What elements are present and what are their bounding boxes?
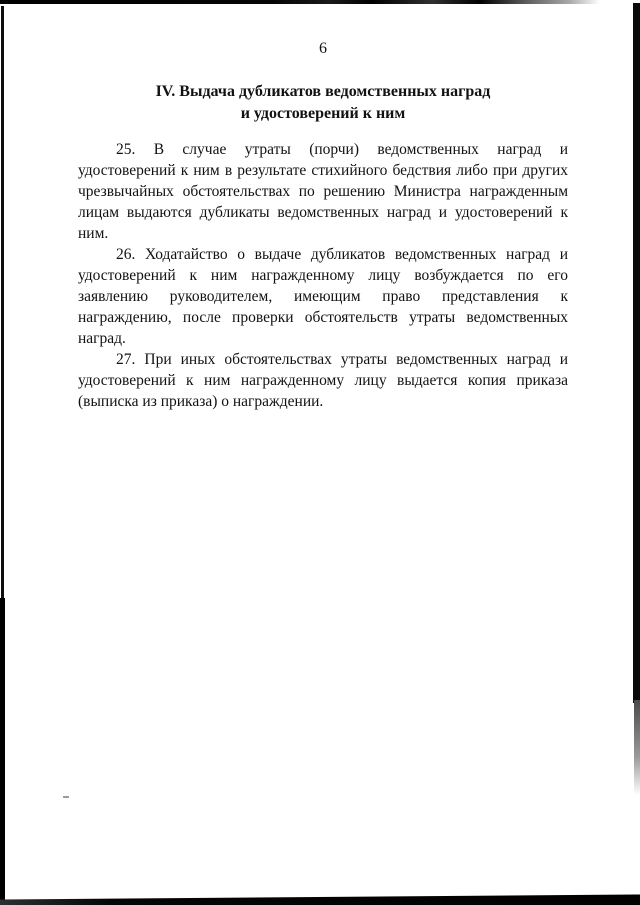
section-heading-line-2: и удостоверений к ним: [78, 103, 568, 125]
section-heading-line-1: IV. Выдача дубликатов ведомственных нагр…: [78, 81, 568, 103]
scan-edge-top: [0, 0, 600, 4]
scan-edge-bottom: [0, 894, 640, 905]
paragraph-27: 27. При иных обстоятельствах утраты ведо…: [78, 349, 568, 412]
paragraph-25: 25. В случае утраты (порчи) ведомственны…: [78, 139, 568, 244]
scan-edge-right: [633, 3, 640, 703]
section-heading: IV. Выдача дубликатов ведомственных нагр…: [78, 81, 568, 125]
paragraph-26: 26. Ходатайство о выдаче дубликатов ведо…: [78, 244, 568, 349]
scan-edge-left-lower: [0, 598, 5, 905]
page-number: 6: [78, 40, 568, 58]
document-body: 25. В случае утраты (порчи) ведомственны…: [78, 139, 568, 412]
document-page: 6 IV. Выдача дубликатов ведомственных на…: [0, 0, 640, 905]
scan-edge-right-fade: [634, 700, 640, 795]
scan-speck: [63, 796, 69, 798]
